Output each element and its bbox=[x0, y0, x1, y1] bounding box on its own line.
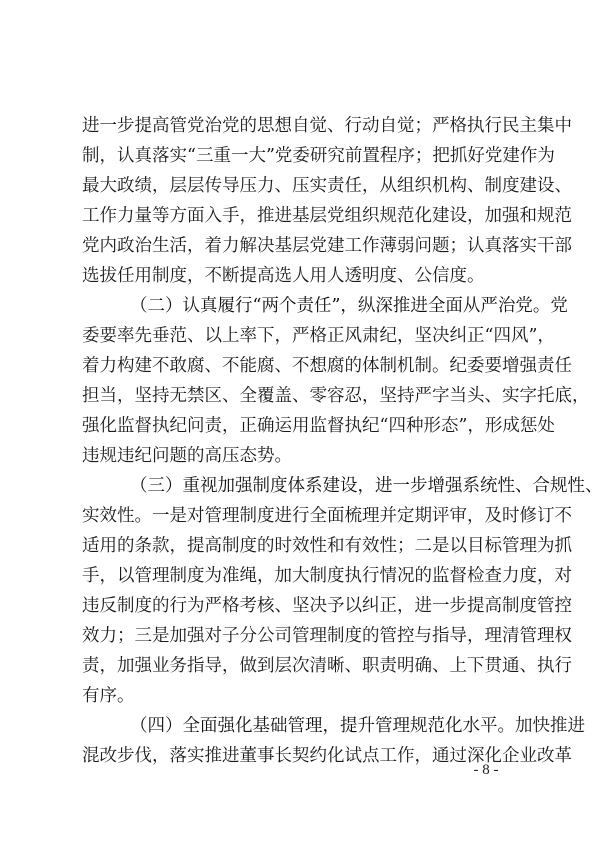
text-run: 加快推进 bbox=[515, 716, 585, 736]
paragraph-1: 进一步提高管党治党的思想自觉、行动自觉；严格执行民主集中 制，认真落实“三重一大… bbox=[82, 111, 516, 291]
section-heading: （二）认真履行“两个责任”，纵深推进全面从严治党。 bbox=[130, 296, 550, 316]
text-line: 进一步提高管党治党的思想自觉、行动自觉；严格执行民主集中 bbox=[82, 111, 516, 141]
paragraph-3: （三）重视加强制度体系建设，进一步增强系统性、合规性、 实效性。一是对管理制度进… bbox=[82, 471, 516, 711]
section-heading: （三）重视加强制度体系建设，进一步增强系统性、合规性、 bbox=[130, 476, 595, 496]
text-line: 着力构建不敢腐、不能腐、不想腐的体制机制。纪委要增强责任 bbox=[82, 351, 516, 381]
page-number: - 8 - bbox=[466, 762, 506, 779]
text-line: 工作力量等方面入手，推进基层党组织规范化建设，加强和规范 bbox=[82, 201, 516, 231]
section-heading: （四）全面强化基础管理，提升管理规范化水平。 bbox=[130, 716, 515, 736]
document-body: 进一步提高管党治党的思想自觉、行动自觉；严格执行民主集中 制，认真落实“三重一大… bbox=[82, 111, 516, 771]
text-line: 强化监督执纪问责，正确运用监督执纪“四种形态”，形成惩处 bbox=[82, 411, 516, 441]
text-run: 党 bbox=[550, 296, 568, 316]
text-line: 最大政绩，层层传导压力、压实责任，从组织机构、制度建设、 bbox=[82, 171, 516, 201]
text-line: 违反制度的行为严格考核、坚决予以纠正，进一步提高制度管控 bbox=[82, 591, 516, 621]
text-line: 责，加强业务指导，做到层次清晰、职责明确、上下贯通、执行 bbox=[82, 651, 516, 681]
document-page: 进一步提高管党治党的思想自觉、行动自觉；严格执行民主集中 制，认真落实“三重一大… bbox=[0, 0, 595, 842]
text-line: 制，认真落实“三重一大”党委研究前置程序；把抓好党建作为 bbox=[82, 141, 516, 171]
text-line: 有序。 bbox=[82, 681, 516, 711]
text-line: 党内政治生活，着力解决基层党建工作薄弱问题；认真落实干部 bbox=[82, 231, 516, 261]
paragraph-2: （二）认真履行“两个责任”，纵深推进全面从严治党。党 委要率先垂范、以上率下，严… bbox=[82, 291, 516, 471]
text-line: 适用的条款，提高制度的时效性和有效性；二是以目标管理为抓 bbox=[82, 531, 516, 561]
text-line: 违规违纪问题的高压态势。 bbox=[82, 441, 516, 471]
text-line: 担当，坚持无禁区、全覆盖、零容忍，坚持严字当头、实字托底， bbox=[82, 381, 516, 411]
text-line: 效力；三是加强对子分公司管理制度的管控与指导，理清管理权 bbox=[82, 621, 516, 651]
text-line: 选拔任用制度，不断提高选人用人透明度、公信度。 bbox=[82, 261, 516, 291]
text-line: （四）全面强化基础管理，提升管理规范化水平。加快推进 bbox=[82, 711, 516, 741]
text-line: 手，以管理制度为准绳，加大制度执行情况的监督检查力度，对 bbox=[82, 561, 516, 591]
text-line: （二）认真履行“两个责任”，纵深推进全面从严治党。党 bbox=[82, 291, 516, 321]
text-line: 实效性。一是对管理制度进行全面梳理并定期评审，及时修订不 bbox=[82, 501, 516, 531]
text-line: （三）重视加强制度体系建设，进一步增强系统性、合规性、 bbox=[82, 471, 516, 501]
paragraph-4: （四）全面强化基础管理，提升管理规范化水平。加快推进 混改步伐，落实推进董事长契… bbox=[82, 711, 516, 771]
text-line: 混改步伐，落实推进董事长契约化试点工作，通过深化企业改革 bbox=[82, 741, 516, 771]
text-line: 委要率先垂范、以上率下，严格正风肃纪，坚决纠正“四风”， bbox=[82, 321, 516, 351]
